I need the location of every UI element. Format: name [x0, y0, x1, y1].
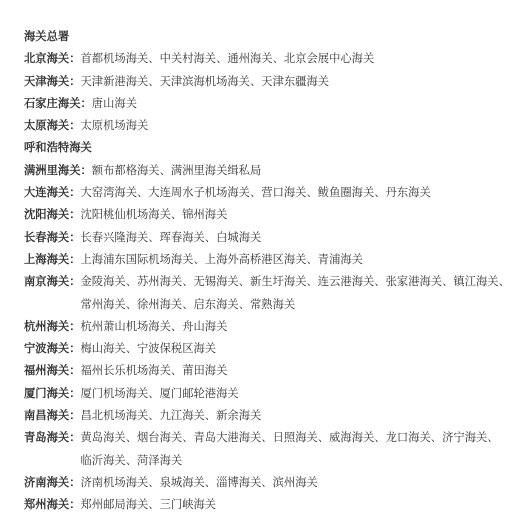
region-offices: 福州长乐机场海关、莆田海关: [81, 360, 514, 382]
customs-office-item: 上海浦东国际机场海关、: [81, 249, 205, 271]
customs-office-item: 舟山海关: [182, 316, 227, 338]
customs-office-item: 营口海关、: [261, 182, 318, 204]
customs-office-item: 梅山海关、: [81, 338, 138, 360]
customs-office-item: 丹东海关: [386, 182, 431, 204]
customs-office-item: 张家港海关、: [386, 271, 454, 293]
customs-office-item: 济南机场海关、: [81, 472, 160, 494]
customs-region-row: 石家庄海关： 唐山海关: [24, 93, 513, 115]
region-offices: 太原机场海关: [81, 115, 514, 137]
customs-office-item: 宁波保税区海关: [137, 338, 216, 360]
customs-office-item: 鲅鱼圈海关、: [318, 182, 386, 204]
customs-office-item: 青浦海关: [318, 249, 363, 271]
customs-office-item: 太原机场海关: [81, 115, 149, 137]
region-label: 厦门海关：: [24, 383, 81, 405]
customs-office-item: 杭州萧山机场海关、: [81, 316, 183, 338]
customs-office-item: 新生圩海关、: [250, 271, 318, 293]
region-label: 呼和浩特海关: [24, 137, 92, 159]
region-offices: 上海浦东国际机场海关、上海外高桥港区海关、青浦海关: [81, 249, 514, 271]
region-offices: 厦门机场海关、厦门邮轮港海关: [81, 383, 514, 405]
region-offices: 济南机场海关、泉城海关、淄博海关、滨州海关: [81, 472, 514, 494]
region-label: 沈阳海关：: [24, 204, 81, 226]
region-label: 石家庄海关：: [24, 93, 92, 115]
customs-region-row: 上海海关： 上海浦东国际机场海关、上海外高桥港区海关、青浦海关: [24, 249, 513, 271]
customs-office-item: 白城海关: [216, 227, 261, 249]
customs-office-item: 长春兴隆海关、: [81, 227, 160, 249]
customs-office-item: 日照海关、: [273, 427, 330, 449]
customs-office-item: 临沂海关、: [81, 450, 138, 472]
customs-region-row: 宁波海关： 梅山海关、宁波保税区海关: [24, 338, 513, 360]
customs-office-item: 额布都格海关、: [92, 160, 171, 182]
customs-office-item: 上海外高桥港区海关、: [205, 249, 318, 271]
customs-region-row: 天津海关： 天津新港海关、天津滨海机场海关、天津东疆海关: [24, 71, 513, 93]
customs-office-item: 天津新港海关、: [81, 71, 160, 93]
customs-list: 北京海关： 首都机场海关、中关村海关、通州海关、北京会展中心海关 天津海关： 天…: [24, 48, 513, 516]
customs-office-item: 苏州海关、: [137, 271, 194, 293]
customs-office-item: 青岛大港海关、: [194, 427, 273, 449]
customs-office-item: 唐山海关: [92, 93, 137, 115]
customs-office-item: 徐州海关、: [137, 294, 194, 316]
customs-office-item: 厦门邮轮港海关: [160, 383, 239, 405]
customs-region-row: 大连海关： 大窑湾海关、大连周水子机场海关、营口海关、鲅鱼圈海关、丹东海关: [24, 182, 513, 204]
customs-office-item: 福州长乐机场海关、: [81, 360, 183, 382]
customs-office-item: 莆田海关: [182, 360, 227, 382]
region-offices: 杭州萧山机场海关、舟山海关: [81, 316, 514, 338]
customs-office-item: 镇江海关、: [453, 271, 510, 293]
customs-office-item: 烟台海关、: [137, 427, 194, 449]
region-label: 青岛海关：: [24, 427, 81, 449]
customs-office-item: 龙口海关、: [386, 427, 443, 449]
customs-region-row: 福州海关： 福州长乐机场海关、莆田海关: [24, 360, 513, 382]
customs-office-item: 九江海关、: [160, 405, 217, 427]
customs-region-row: 呼和浩特海关: [24, 137, 513, 159]
customs-office-item: 满洲里海关缉私局: [171, 160, 261, 182]
customs-region-row: 南京海关： 金陵海关、苏州海关、无锡海关、新生圩海关、连云港海关、张家港海关、镇…: [24, 271, 513, 316]
region-label: 郑州海关：: [24, 494, 81, 516]
customs-document: 海关总署 北京海关： 首都机场海关、中关村海关、通州海关、北京会展中心海关 天津…: [0, 0, 523, 517]
document-title: 海关总署: [24, 26, 513, 48]
customs-office-item: 通州海关、: [227, 48, 284, 70]
customs-office-item: 沈阳桃仙机场海关、: [81, 204, 183, 226]
customs-office-item: 无锡海关、: [194, 271, 251, 293]
customs-region-row: 济南海关： 济南机场海关、泉城海关、淄博海关、滨州海关: [24, 472, 513, 494]
customs-office-item: 三门峡海关: [160, 494, 217, 516]
customs-region-row: 厦门海关： 厦门机场海关、厦门邮轮港海关: [24, 383, 513, 405]
customs-office-item: 北京会展中心海关: [284, 48, 374, 70]
region-offices: 额布都格海关、满洲里海关缉私局: [92, 160, 513, 182]
region-label: 南京海关：: [24, 271, 81, 293]
customs-office-item: 菏泽海关: [137, 450, 182, 472]
customs-office-item: 泉城海关、: [160, 472, 217, 494]
customs-office-item: 锦州海关: [182, 204, 227, 226]
region-label: 杭州海关：: [24, 316, 81, 338]
customs-office-item: 大连周水子机场海关、: [148, 182, 261, 204]
customs-region-row: 青岛海关： 黄岛海关、烟台海关、青岛大港海关、日照海关、威海海关、龙口海关、济宁…: [24, 427, 513, 472]
customs-office-item: 金陵海关、: [81, 271, 138, 293]
customs-region-row: 满洲里海关： 额布都格海关、满洲里海关缉私局: [24, 160, 513, 182]
customs-office-item: 启东海关、: [194, 294, 251, 316]
customs-office-item: 常熟海关: [250, 294, 295, 316]
customs-region-row: 太原海关： 太原机场海关: [24, 115, 513, 137]
region-label: 南昌海关：: [24, 405, 81, 427]
customs-office-item: 济宁海关、: [442, 427, 499, 449]
region-label: 太原海关：: [24, 115, 81, 137]
region-offices: 黄岛海关、烟台海关、青岛大港海关、日照海关、威海海关、龙口海关、济宁海关、临沂海…: [81, 427, 514, 472]
region-offices: 郑州邮局海关、三门峡海关: [81, 494, 514, 516]
customs-office-item: 郑州邮局海关、: [81, 494, 160, 516]
customs-region-row: 南昌海关： 昌北机场海关、九江海关、新余海关: [24, 405, 513, 427]
customs-region-row: 沈阳海关： 沈阳桃仙机场海关、锦州海关: [24, 204, 513, 226]
region-label: 满洲里海关：: [24, 160, 92, 182]
region-offices: 大窑湾海关、大连周水子机场海关、营口海关、鲅鱼圈海关、丹东海关: [81, 182, 514, 204]
region-label: 济南海关：: [24, 472, 81, 494]
customs-office-item: 昌北机场海关、: [81, 405, 160, 427]
region-offices: 梅山海关、宁波保税区海关: [81, 338, 514, 360]
region-label: 福州海关：: [24, 360, 81, 382]
customs-office-item: 连云港海关、: [318, 271, 386, 293]
customs-office-item: 珲春海关、: [160, 227, 217, 249]
customs-office-item: 新余海关: [216, 405, 261, 427]
region-offices: 金陵海关、苏州海关、无锡海关、新生圩海关、连云港海关、张家港海关、镇江海关、常州…: [81, 271, 514, 316]
region-label: 大连海关：: [24, 182, 81, 204]
customs-region-row: 杭州海关： 杭州萧山机场海关、舟山海关: [24, 316, 513, 338]
region-label: 长春海关：: [24, 227, 81, 249]
customs-office-item: 淄博海关、: [216, 472, 273, 494]
region-offices: 长春兴隆海关、珲春海关、白城海关: [81, 227, 514, 249]
region-offices: 首都机场海关、中关村海关、通州海关、北京会展中心海关: [81, 48, 514, 70]
region-label: 上海海关：: [24, 249, 81, 271]
region-label: 天津海关：: [24, 71, 81, 93]
customs-office-item: 中关村海关、: [160, 48, 228, 70]
customs-office-item: 大窑湾海关、: [81, 182, 149, 204]
region-label: 宁波海关：: [24, 338, 81, 360]
customs-office-item: 天津滨海机场海关、: [160, 71, 262, 93]
customs-office-item: 天津东疆海关: [261, 71, 329, 93]
customs-office-item: 厦门机场海关、: [81, 383, 160, 405]
region-offices: 沈阳桃仙机场海关、锦州海关: [81, 204, 514, 226]
region-offices: 唐山海关: [92, 93, 513, 115]
customs-region-row: 长春海关： 长春兴隆海关、珲春海关、白城海关: [24, 227, 513, 249]
region-label: 北京海关：: [24, 48, 81, 70]
customs-office-item: 滨州海关: [273, 472, 318, 494]
customs-region-row: 北京海关： 首都机场海关、中关村海关、通州海关、北京会展中心海关: [24, 48, 513, 70]
customs-region-row: 郑州海关： 郑州邮局海关、三门峡海关: [24, 494, 513, 516]
customs-office-item: 首都机场海关、: [81, 48, 160, 70]
region-offices: 天津新港海关、天津滨海机场海关、天津东疆海关: [81, 71, 514, 93]
customs-office-item: 常州海关、: [81, 294, 138, 316]
customs-office-item: 黄岛海关、: [81, 427, 138, 449]
customs-office-item: 威海海关、: [329, 427, 386, 449]
region-offices: 昌北机场海关、九江海关、新余海关: [81, 405, 514, 427]
